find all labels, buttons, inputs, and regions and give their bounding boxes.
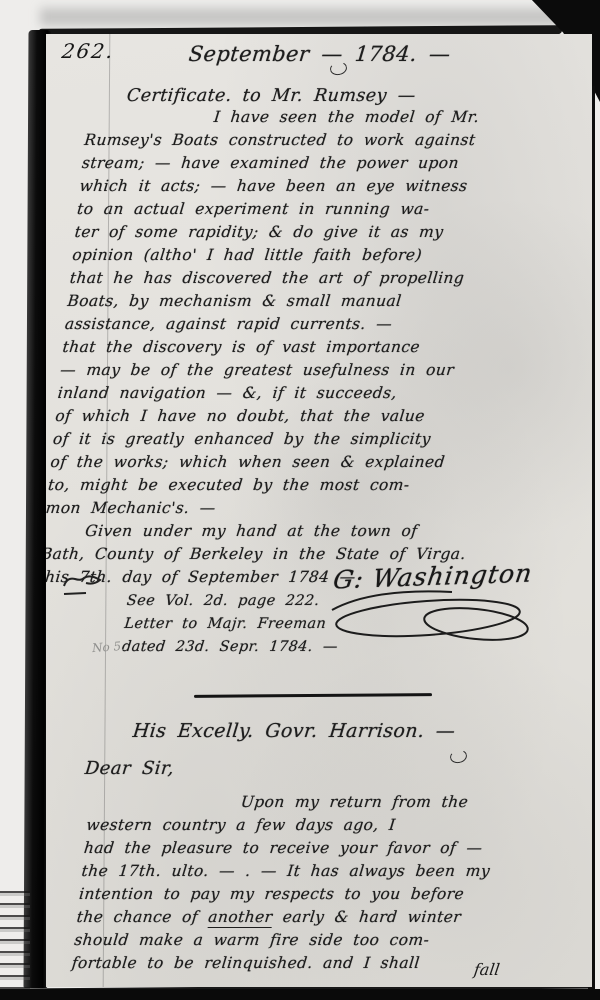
manuscript-line: to, might be executed by the most com- xyxy=(47,474,535,497)
marginal-note: See Vol. 2d. page 222. Letter to Majr. F… xyxy=(121,590,344,659)
manuscript-line: Boats, by mechanism & small manual xyxy=(66,290,554,313)
manuscript-line: ter of some rapidity; & do give it as my xyxy=(73,221,561,244)
manuscript-line: of it is greatly enhanced by the simplic… xyxy=(52,428,540,451)
manuscript-line: the 17th. ulto. — . — It has always been… xyxy=(80,860,568,883)
manuscript-line: of the works; which when seen & explaine… xyxy=(49,451,537,474)
manuscript-line: to an actual experiment in running wa- xyxy=(76,198,564,221)
month-header: September — 1784. — xyxy=(153,42,486,66)
marginal-note-line: Letter to Majr. Freeman xyxy=(123,613,341,636)
letter-body: Upon my return from the western country … xyxy=(71,791,576,975)
certificate-title: Certificate. to Mr. Rumsey — xyxy=(126,86,417,106)
manuscript-line-underlined: the chance of another early & hard winte… xyxy=(75,906,563,929)
manuscript-line: had the pleasure to receive your favor o… xyxy=(83,837,571,860)
manuscript-line: mon Mechanic's. — xyxy=(46,497,533,520)
letter-salutation: Dear Sir, xyxy=(84,758,175,779)
manuscript-line: that he has discovered the art of propel… xyxy=(69,267,557,290)
signature-flourish-icon xyxy=(318,580,568,660)
section-divider xyxy=(194,693,432,697)
line-prefix: the chance of xyxy=(76,908,209,926)
scanned-ledger-page: 262. September — 1784. — Certificate. to… xyxy=(0,0,600,1000)
manuscript-line: stream; — have examined the power upon xyxy=(81,152,569,175)
manuscript-line: intention to pay my respects to you befo… xyxy=(78,883,566,906)
manuscript-line: inland navigation — &, if it succeeds, xyxy=(57,382,545,405)
page-number: 262. xyxy=(60,39,116,63)
manuscript-line: should make a warm fire side too com- xyxy=(73,929,561,952)
manuscript-line: — may be of the greatest usefulness in o… xyxy=(59,359,547,382)
pencil-note: No 5. xyxy=(92,639,126,655)
page-stack-edges xyxy=(0,884,30,994)
manicule-icon xyxy=(60,572,108,602)
catchword: fall xyxy=(473,960,501,979)
book-cover-bottom xyxy=(0,989,600,1000)
manuscript-page: 262. September — 1784. — Certificate. to… xyxy=(46,34,592,987)
manuscript-line: of which I have no doubt, that the value xyxy=(54,405,542,428)
manuscript-line: I have seen the model of Mr. xyxy=(86,106,574,129)
certificate-body: I have seen the model of Mr. Rumsey's Bo… xyxy=(46,106,574,589)
stray-mark-icon xyxy=(449,748,468,764)
manuscript-line: western country a few days ago, I xyxy=(85,814,573,837)
manuscript-line: that the discovery is of vast importance xyxy=(61,336,549,359)
line-suffix: early & hard winter xyxy=(272,908,463,926)
underlined-word: another xyxy=(207,908,273,928)
manuscript-line: Rumsey's Boats constructed to work again… xyxy=(83,129,571,152)
manuscript-line: which it acts; — have been an eye witnes… xyxy=(78,175,566,198)
manuscript-line: assistance, against rapid currents. — xyxy=(64,313,552,336)
manuscript-line: Given under my hand at the town of xyxy=(46,520,530,543)
manuscript-line: opinion (altho' I had little faith befor… xyxy=(71,244,559,267)
scan-top-shadow xyxy=(40,8,560,26)
manuscript-line: Upon my return from the xyxy=(88,791,576,814)
letter-heading: His Excelly. Govr. Harrison. — xyxy=(132,720,457,742)
marginal-note-line: dated 23d. Sepr. 1784. — xyxy=(121,636,339,659)
marginal-note-line: See Vol. 2d. page 222. xyxy=(126,590,344,613)
